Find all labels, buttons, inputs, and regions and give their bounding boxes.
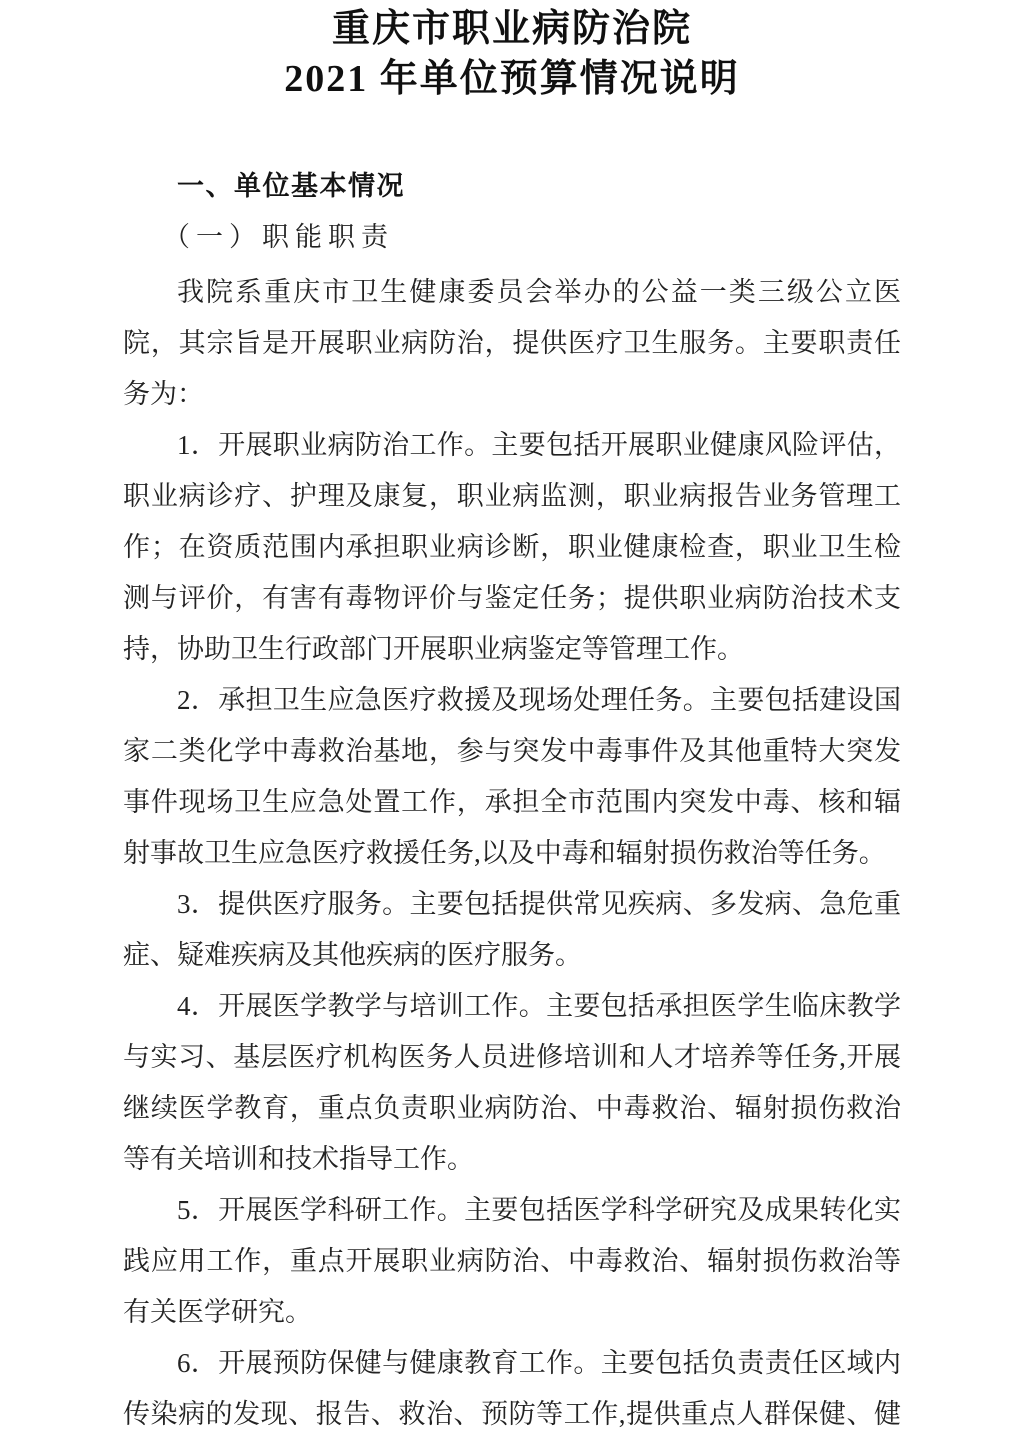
text-line: 测与评价，有害有毒物评价与鉴定任务；提供职业病防治技术支 (123, 573, 901, 624)
text-line: 继续医学教育，重点负责职业病防治、中毒救治、辐射损伤救治 (123, 1083, 901, 1134)
text-line: 院，其宗旨是开展职业病防治，提供医疗卫生服务。主要职责任 (123, 318, 901, 369)
paragraph: 3．提供医疗服务。主要包括提供常见疾病、多发病、急危重症、疑难疾病及其他疾病的医… (123, 879, 901, 981)
paragraph: 5．开展医学科研工作。主要包括医学科学研究及成果转化实践应用工作，重点开展职业病… (123, 1185, 901, 1338)
text-line: 持，协助卫生行政部门开展职业病鉴定等管理工作。 (123, 624, 901, 675)
paragraph: 我院系重庆市卫生健康委员会举办的公益一类三级公立医院，其宗旨是开展职业病防治，提… (123, 267, 901, 420)
document-content: 一、单位基本情况 （一）职能职责 我院系重庆市卫生健康委员会举办的公益一类三级公… (123, 161, 901, 1440)
text-line: 传染病的发现、报告、救治、预防等工作,提供重点人群保健、健 (123, 1389, 901, 1440)
text-line: 1．开展职业病防治工作。主要包括开展职业健康风险评估， (123, 420, 901, 471)
text-line: 2．承担卫生应急医疗救援及现场处理任务。主要包括建设国 (123, 675, 901, 726)
document-title-line2: 2021 年单位预算情况说明 (0, 54, 1024, 104)
body-paragraphs: 我院系重庆市卫生健康委员会举办的公益一类三级公立医院，其宗旨是开展职业病防治，提… (123, 267, 901, 1440)
text-line: 5．开展医学科研工作。主要包括医学科学研究及成果转化实 (123, 1185, 901, 1236)
text-line: 等有关培训和技术指导工作。 (123, 1134, 901, 1185)
text-line: 职业病诊疗、护理及康复，职业病监测，职业病报告业务管理工 (123, 471, 901, 522)
text-line: 家二类化学中毒救治基地，参与突发中毒事件及其他重特大突发 (123, 726, 901, 777)
document-page: 重庆市职业病防治院 2021 年单位预算情况说明 一、单位基本情况 （一）职能职… (0, 0, 1024, 1447)
text-line: 我院系重庆市卫生健康委员会举办的公益一类三级公立医 (123, 267, 901, 318)
text-line: 症、疑难疾病及其他疾病的医疗服务。 (123, 930, 901, 981)
text-line: 践应用工作，重点开展职业病防治、中毒救治、辐射损伤救治等 (123, 1236, 901, 1287)
text-line: 作；在资质范围内承担职业病诊断，职业健康检查，职业卫生检 (123, 522, 901, 573)
text-line: 务为： (123, 369, 901, 420)
text-line: 事件现场卫生应急处置工作，承担全市范围内突发中毒、核和辐 (123, 777, 901, 828)
section-heading: 一、单位基本情况 (123, 161, 901, 212)
subsection-heading: （一）职能职责 (123, 212, 901, 263)
paragraph: 6．开展预防保健与健康教育工作。主要包括负责责任区域内传染病的发现、报告、救治、… (123, 1338, 901, 1440)
paragraph: 2．承担卫生应急医疗救援及现场处理任务。主要包括建设国家二类化学中毒救治基地，参… (123, 675, 901, 879)
text-line: 6．开展预防保健与健康教育工作。主要包括负责责任区域内 (123, 1338, 901, 1389)
text-line: 4．开展医学教学与培训工作。主要包括承担医学生临床教学 (123, 981, 901, 1032)
text-line: 射事故卫生应急医疗救援任务,以及中毒和辐射损伤救治等任务。 (123, 828, 901, 879)
text-line: 有关医学研究。 (123, 1287, 901, 1338)
paragraph: 1．开展职业病防治工作。主要包括开展职业健康风险评估，职业病诊疗、护理及康复，职… (123, 420, 901, 675)
document-title: 重庆市职业病防治院 2021 年单位预算情况说明 (0, 0, 1024, 104)
text-line: 与实习、基层医疗机构医务人员进修培训和人才培养等任务,开展 (123, 1032, 901, 1083)
document-title-line1: 重庆市职业病防治院 (0, 4, 1024, 54)
text-line: 3．提供医疗服务。主要包括提供常见疾病、多发病、急危重 (123, 879, 901, 930)
paragraph: 4．开展医学教学与培训工作。主要包括承担医学生临床教学与实习、基层医疗机构医务人… (123, 981, 901, 1185)
